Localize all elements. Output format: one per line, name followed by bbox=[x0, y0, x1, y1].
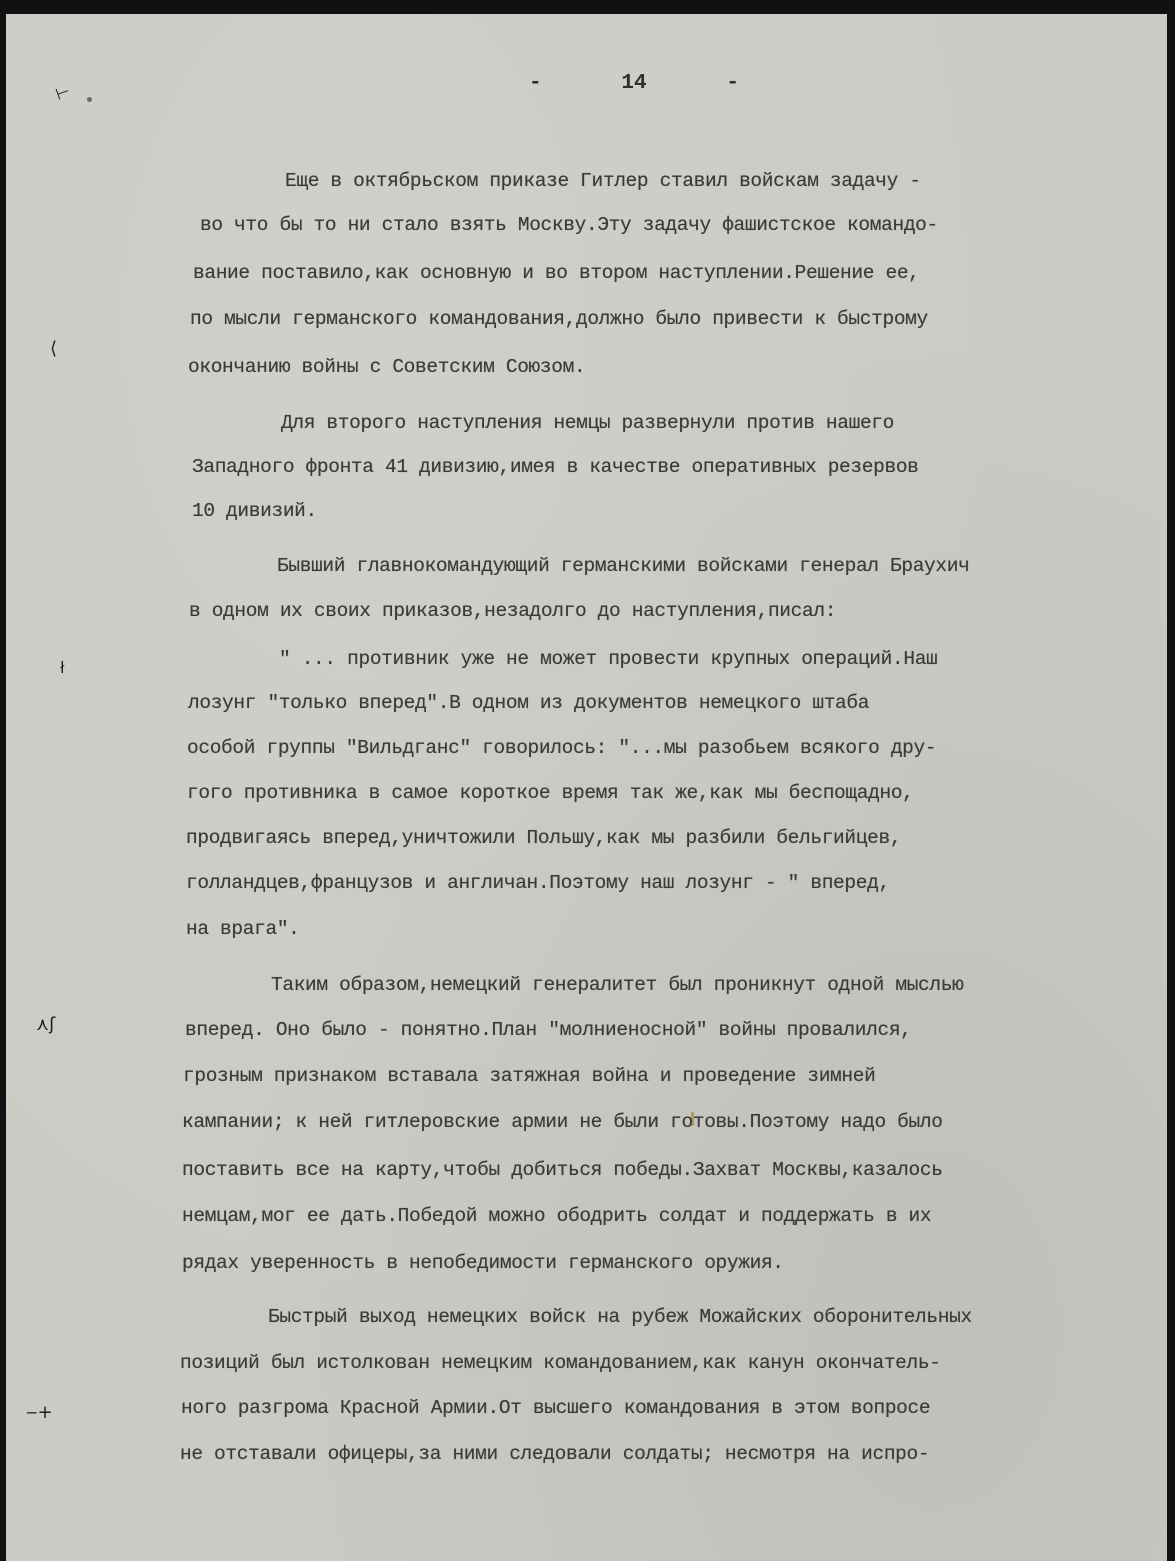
page-number: 14 bbox=[621, 72, 646, 95]
document-text-line: на врага". bbox=[186, 918, 300, 940]
document-text-line: Еще в октябрьском приказе Гитлер ставил … bbox=[285, 170, 921, 192]
document-text-line: Бывший главнокомандующий германскими вой… bbox=[277, 555, 969, 577]
page-number-dash-right: - bbox=[726, 72, 739, 95]
document-text-line: лозунг "только вперед".В одном из докуме… bbox=[188, 692, 869, 714]
punch-mark-icon: ‒+ bbox=[26, 1404, 53, 1422]
document-text-line: Таким образом,немецкий генералитет был п… bbox=[271, 974, 963, 996]
document-text-line: продвигаясь вперед,уничтожили Польшу,как… bbox=[186, 827, 901, 849]
document-text-line: позиций был истолкован немецким командов… bbox=[180, 1352, 941, 1374]
document-text-line: в одном их своих приказов,незадолго до н… bbox=[189, 600, 836, 622]
document-text-line: 10 дивизий. bbox=[192, 500, 317, 522]
document-text-line: вание поставило,как основную и во втором… bbox=[193, 262, 920, 284]
document-text-line: вперед. Оно было - понятно.План "молниен… bbox=[185, 1019, 912, 1041]
document-text-line: голландцев,французов и англичан.Поэтому … bbox=[186, 872, 890, 894]
document-text-line: не отставали офицеры,за ними следовали с… bbox=[180, 1443, 929, 1465]
document-text-line: гого противника в самое короткое время т… bbox=[187, 782, 914, 804]
document-text-line: ного разгрома Красной Армии.От высшего к… bbox=[181, 1397, 930, 1419]
punch-dot-icon bbox=[87, 97, 92, 102]
document-text-line: Западного фронта 41 дивизию,имея в качес… bbox=[192, 456, 919, 478]
document-text-line: окончанию войны с Советским Союзом. bbox=[188, 356, 585, 378]
document-text-line: " ... противник уже не может провести кр… bbox=[279, 648, 937, 670]
document-text-line: поставить все на карту,чтобы добиться по… bbox=[182, 1159, 943, 1181]
document-text-line: немцам,мог ее дать.Победой можно ободрит… bbox=[182, 1205, 931, 1227]
document-text-line: грозным признаком вставала затяжная войн… bbox=[183, 1065, 875, 1087]
document-text-line: Быстрый выход немецких войск на рубеж Мо… bbox=[268, 1306, 972, 1328]
document-text-line: рядах уверенность в непобедимости герман… bbox=[182, 1252, 784, 1274]
punch-mark-icon: ⟨ bbox=[50, 340, 57, 358]
punch-mark-icon: ł bbox=[60, 660, 65, 676]
punch-mark-icon: ⋏ʃ bbox=[36, 1016, 55, 1034]
document-text-line: кампании; к ней гитлеровские армии не бы… bbox=[182, 1111, 943, 1133]
document-text-line: по мысли германского командования,должно… bbox=[190, 308, 928, 330]
document-text-line: во что бы то ни стало взять Москву.Эту з… bbox=[200, 214, 938, 236]
document-text-line: особой группы "Вильдганс" говорилось: ".… bbox=[187, 737, 936, 759]
document-text-line: Для второго наступления немцы развернули… bbox=[281, 412, 894, 434]
page-number-dash-left: - bbox=[529, 72, 542, 95]
page-number-header: - 14 - bbox=[529, 72, 739, 95]
